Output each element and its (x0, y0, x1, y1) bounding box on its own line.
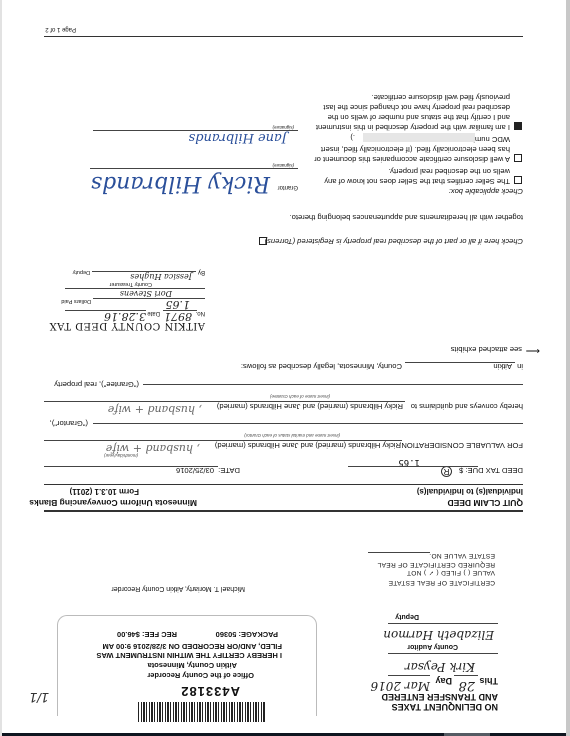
conveys-prefix: hereby conveys and quitclaims to (411, 402, 523, 411)
crv-line-1: CERTIFICATE OF REAL ESTATE (388, 579, 495, 586)
crv-line-2: VALUE ( ) FILED ( ✓ ) NOT (407, 569, 495, 577)
margin-mark: 1/1 (30, 690, 49, 706)
wells-heading: Check applicable box: (449, 187, 523, 196)
page-edge-right (0, 0, 2, 736)
auditor-label: County Auditor (407, 643, 458, 650)
day-label: Day (435, 676, 452, 686)
recorder-name: Michael T. Moriarty, Aitkin County Recor… (111, 585, 245, 592)
deed-title: QUIT CLAIM DEED (447, 498, 523, 508)
signature-label-1: (signature) (272, 163, 294, 168)
this-label: This (479, 676, 498, 686)
arrow-icon: ⟵ (526, 345, 540, 356)
recording-fee: REC FEE: $46.00 (117, 630, 177, 639)
page-indicator: Page 1 of 2 (45, 26, 76, 32)
publisher: Minnesota Uniform Conveyancing Blanks (29, 498, 197, 508)
deed-tax-no-label: No. (196, 310, 205, 316)
consideration-prefix: FOR VALUABLE CONSIDERATION, (399, 441, 523, 450)
grantor-suffix: ("Grantor"), (50, 419, 88, 428)
wells-checkbox-2[interactable] (514, 154, 522, 162)
auditor-signature: Kirk Peysar (405, 660, 475, 674)
wells-checkbox-3[interactable] (514, 122, 522, 130)
torrens-checkbox[interactable] (259, 237, 267, 245)
certify-line-1: I HEREBY CERTIFY THE WITHIN INSTRUMENT W… (96, 651, 282, 660)
together-text: together with all hereditaments and appu… (290, 213, 523, 222)
grantor-label: Grantor (278, 184, 298, 190)
certify-line-2: FILED, AND/OR RECORDED ON 3/28/2016 9:00… (103, 642, 283, 651)
auditor-line-2: AND TRANSFER ENTERED (381, 692, 498, 702)
in-label: in (517, 362, 523, 371)
form-number: Form 10.3.1 (2011) (70, 487, 139, 496)
grantee-hint: (insert name of each Grantee) (270, 394, 330, 399)
footer-rule (44, 36, 523, 37)
exhibit-note: see attached exhibits (451, 345, 522, 354)
redacted-wdc-number (363, 133, 475, 142)
wells-option-1: The Seller certifies that the Seller doe… (310, 166, 510, 186)
barcode (137, 702, 265, 722)
dollars-paid-label: Dollars Paid (61, 298, 91, 304)
wdc-suffix: .) (350, 133, 355, 142)
signature-label-2: (signature) (272, 125, 294, 130)
grantee-suffix: ("Grantee"), real property (54, 380, 139, 389)
county-suffix: County, Minnesota, legally described as … (241, 362, 402, 371)
recorder-office: Office of the County Recorder (147, 671, 254, 680)
deed-subtitle: Individual(s) to Individual(s) (417, 487, 523, 496)
deed-tax-date-label: Date (147, 310, 160, 316)
deputy-label: Deputy (395, 613, 419, 620)
page-edge (566, 0, 570, 736)
day-value: 28 (458, 678, 475, 693)
by-label: By (198, 269, 205, 275)
date-label: DATE: (218, 466, 240, 475)
header-rule (44, 510, 523, 512)
torrens-label: Check here if all or part of the describ… (265, 237, 523, 246)
treasurer-deputy-label: Deputy (73, 269, 90, 275)
document-viewport: A433182 Office of the County Recorder Ai… (0, 0, 570, 736)
wells-checkbox-1[interactable] (514, 176, 522, 184)
crv-line-3: REQUIRED CERTIFICATE OF REAL (377, 561, 495, 568)
treasurer-label: County Treasurer (110, 281, 153, 287)
package-number: PACKAGE: 50360 (216, 630, 278, 639)
document-number: A433182 (180, 684, 240, 699)
auditor-line-1: NO DELINQUENT TAXES (392, 702, 498, 712)
deputy-signature: Elizabeth Harmon (383, 628, 494, 642)
recorder-county: Aitkin County, Minnesota (148, 661, 237, 670)
wells-option-3: I am familiar with the property describe… (305, 92, 510, 132)
month-year-value: Mar 2016 (370, 679, 430, 693)
grantor-hint: (insert name and marital status of each … (244, 433, 340, 438)
crv-line-4: ESTATE VALUE NO. (429, 552, 495, 559)
